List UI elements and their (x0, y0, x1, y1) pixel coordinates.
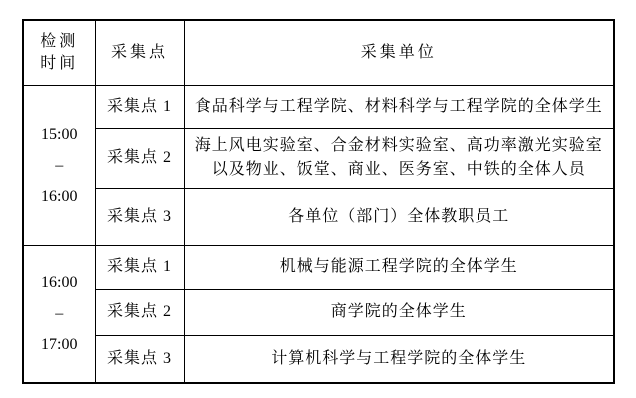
page: { "colors": { "background": "#ffffff", "… (0, 0, 636, 398)
time-block-1600-1700: 16:00 – 17:00 (23, 245, 95, 383)
table-row: 15:00 – 16:00 采集点 1 食品科学与工程学院、材料科学与工程学院的… (23, 85, 614, 128)
point-cell: 采集点 2 (95, 289, 184, 335)
point-cell: 采集点 1 (95, 85, 184, 128)
table-row: 16:00 – 17:00 采集点 1 机械与能源工程学院的全体学生 (23, 245, 614, 289)
time-block-1500-1600: 15:00 – 16:00 (23, 85, 95, 245)
unit-cell: 食品科学与工程学院、材料科学与工程学院的全体学生 (184, 85, 614, 128)
unit-cell: 各单位（部门）全体教职员工 (184, 188, 614, 245)
collection-schedule-table: 检测 时间 采集点 采集单位 15:00 – 16:00 采集点 1 食品科学与… (22, 19, 615, 384)
header-cell-collection-unit: 采集单位 (184, 20, 614, 85)
header-row: 检测 时间 采集点 采集单位 (23, 20, 614, 85)
unit-cell: 海上风电实验室、合金材料实验室、高功率激光实验室 以及物业、饭堂、商业、医务室、… (184, 128, 614, 188)
table-row: 采集点 2 海上风电实验室、合金材料实验室、高功率激光实验室 以及物业、饭堂、商… (23, 128, 614, 188)
point-cell: 采集点 1 (95, 245, 184, 289)
table-row: 采集点 3 各单位（部门）全体教职员工 (23, 188, 614, 245)
header-cell-collection-point: 采集点 (95, 20, 184, 85)
header-cell-detection-time: 检测 时间 (23, 20, 95, 85)
table-row: 采集点 2 商学院的全体学生 (23, 289, 614, 335)
point-cell: 采集点 3 (95, 335, 184, 383)
point-cell: 采集点 3 (95, 188, 184, 245)
unit-cell: 商学院的全体学生 (184, 289, 614, 335)
point-cell: 采集点 2 (95, 128, 184, 188)
table-row: 采集点 3 计算机科学与工程学院的全体学生 (23, 335, 614, 383)
unit-cell: 计算机科学与工程学院的全体学生 (184, 335, 614, 383)
unit-cell: 机械与能源工程学院的全体学生 (184, 245, 614, 289)
